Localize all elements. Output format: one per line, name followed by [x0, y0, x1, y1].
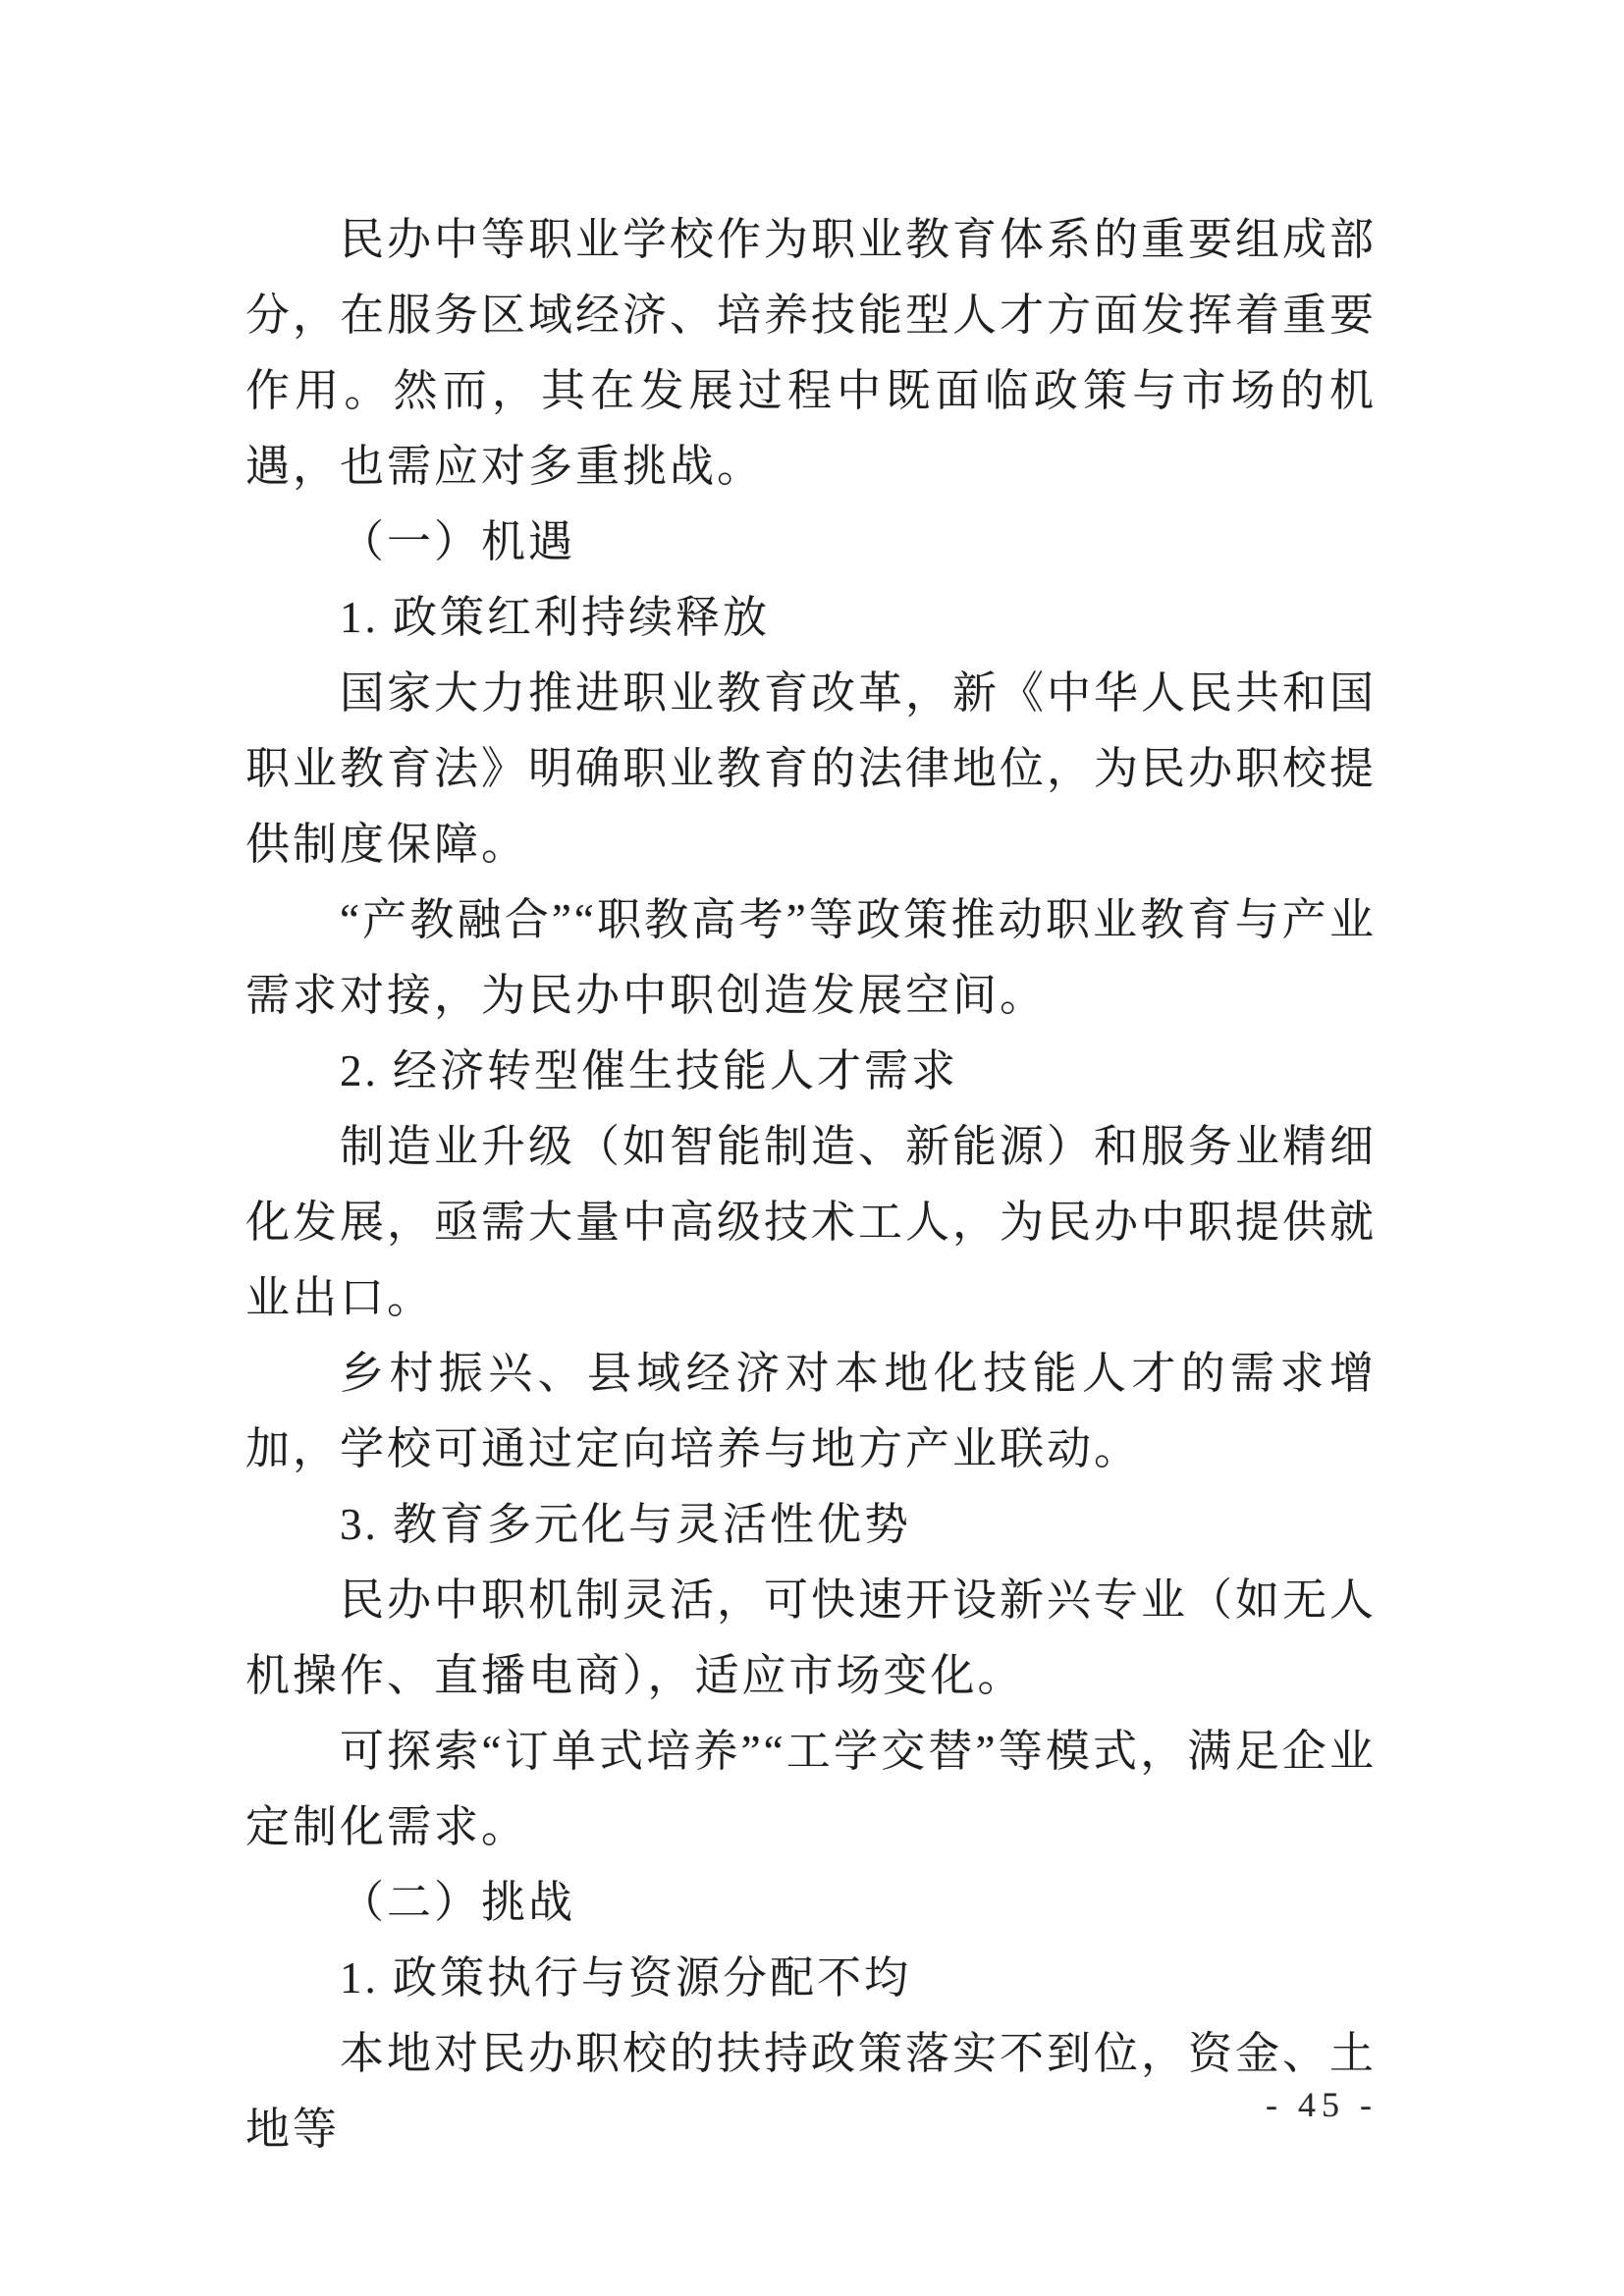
paragraph-flexible-mechanism: 民办中职机制灵活，可快速开设新兴专业（如无人机操作、直播电商），适应市场变化。: [245, 1563, 1377, 1714]
paragraph-rural-revitalization: 乡村振兴、县域经济对本地化技能人才的需求增加，学校可通过定向培养与地方产业联动。: [245, 1336, 1377, 1487]
subheading-economic-transition: 2. 经济转型催生技能人才需求: [245, 1034, 1377, 1109]
section-heading-challenges: （二）挑战: [245, 1865, 1377, 1941]
subheading-education-flexibility: 3. 教育多元化与灵活性优势: [245, 1487, 1377, 1563]
paragraph-order-based-training: 可探索“订单式培养”“工学交替”等模式，满足企业定制化需求。: [245, 1714, 1377, 1865]
subheading-policy-execution: 1. 政策执行与资源分配不均: [245, 1941, 1377, 2016]
section-heading-opportunities: （一）机遇: [245, 505, 1377, 580]
document-page: 民办中等职业学校作为职业教育体系的重要组成部分，在服务区域经济、培养技能型人才方…: [0, 0, 1624, 2296]
paragraph-intro: 民办中等职业学校作为职业教育体系的重要组成部分，在服务区域经济、培养技能型人才方…: [245, 202, 1377, 505]
paragraph-local-support-shortfall: 本地对民办职校的扶持政策落实不到位，资金、土地等: [245, 2016, 1377, 2167]
paragraph-industry-education: “产教融合”“职教高考”等政策推动职业教育与产业需求对接，为民办中职创造发展空间…: [245, 882, 1377, 1034]
document-body: 民办中等职业学校作为职业教育体系的重要组成部分，在服务区域经济、培养技能型人才方…: [245, 202, 1377, 2167]
paragraph-policy-reform: 国家大力推进职业教育改革，新《中华人民共和国职业教育法》明确职业教育的法律地位，…: [245, 656, 1377, 882]
subheading-policy-dividend: 1. 政策红利持续释放: [245, 580, 1377, 656]
paragraph-manufacturing-upgrade: 制造业升级（如智能制造、新能源）和服务业精细化发展，亟需大量中高级技术工人，为民…: [245, 1109, 1377, 1336]
page-number: - 45 -: [1266, 2085, 1378, 2124]
